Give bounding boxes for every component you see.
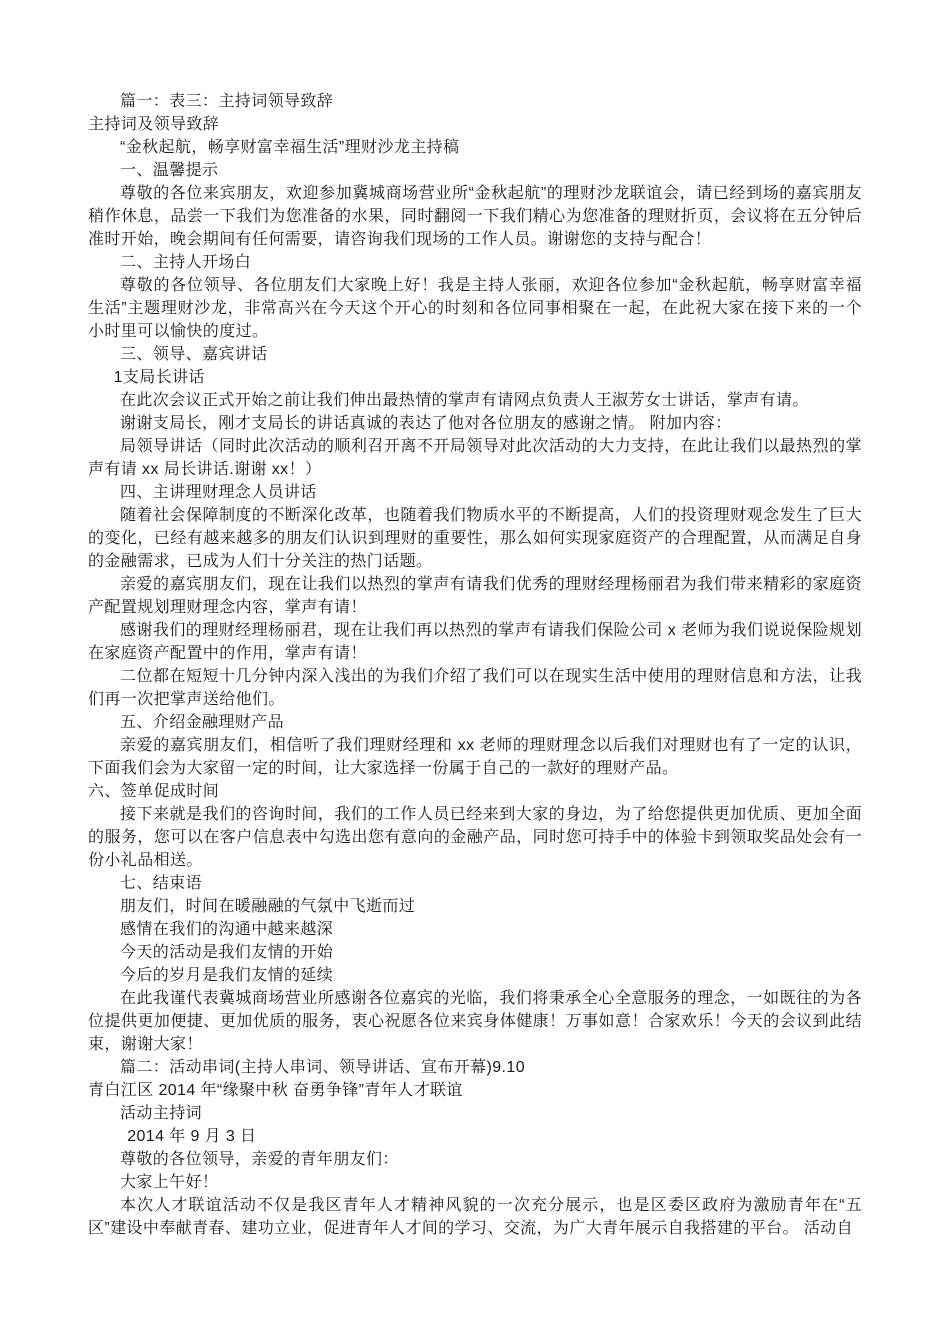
closing-line-3: 今天的活动是我们友情的开始 bbox=[88, 941, 862, 964]
section-4-body-3: 感谢我们的理财经理杨丽君，现在让我们再以热烈的掌声有请我们保险公司 x 老师为我… bbox=[88, 619, 862, 665]
closing-line-1: 朋友们，时间在暖融融的气氛中飞逝而过 bbox=[88, 895, 862, 918]
salon-title: “金秋起航，畅享财富幸福生活”理财沙龙主持稿 bbox=[88, 136, 862, 159]
section-3-body-2: 谢谢支局长，刚才支局长的讲话真诚的表达了他对各位朋友的感谢之情。 附加内容： bbox=[88, 412, 862, 435]
section-4-body-4: 二位都在短短十几分钟内深入浅出的为我们介绍了我们可以在现实生活中使用的理财信息和… bbox=[88, 665, 862, 711]
section-1-heading: 一、温馨提示 bbox=[88, 159, 862, 182]
section-7-heading: 七、结束语 bbox=[88, 872, 862, 895]
part2-subtitle: 活动主持词 bbox=[88, 1102, 862, 1125]
section-5-body: 亲爱的嘉宾朋友们，相信听了我们理财经理和 xx 老师的理财理念以后我们对理财也有… bbox=[88, 734, 862, 780]
section-3-heading: 三、领导、嘉宾讲话 bbox=[88, 343, 862, 366]
part2-greeting-1: 尊敬的各位领导，亲爱的青年朋友们： bbox=[88, 1148, 862, 1171]
section-3-subheading: 1支局长讲话 bbox=[88, 366, 862, 389]
section-3-body-3: 局领导讲话（同时此次活动的顺利召开离不开局领导对此次活动的大力支持，在此让我们以… bbox=[88, 435, 862, 481]
section-6-body: 接下来就是我们的咨询时间，我们的工作人员已经来到大家的身边，为了给您提供更加优质… bbox=[88, 803, 862, 872]
part2-heading: 篇二：活动串词(主持人串词、领导讲话、宣布开幕)9.10 bbox=[88, 1056, 862, 1079]
section-6-heading: 六、签单促成时间 bbox=[88, 780, 862, 803]
doc-title: 主持词及领导致辞 bbox=[88, 113, 862, 136]
part2-body: 本次人才联谊活动不仅是我区青年人才精神风貌的一次充分展示，也是区委区政府为激励青… bbox=[88, 1194, 862, 1240]
section-4-heading: 四、主讲理财理念人员讲话 bbox=[88, 481, 862, 504]
closing-body: 在此我谨代表冀城商场营业所感谢各位嘉宾的光临，我们将秉承全心全意服务的理念，一如… bbox=[88, 987, 862, 1056]
document-page: 篇一：表三：主持词领导致辞 主持词及领导致辞 “金秋起航，畅享财富幸福生活”理财… bbox=[0, 0, 950, 1344]
section-2-body: 尊敬的各位领导、各位朋友们大家晚上好！我是主持人张丽，欢迎各位参加“金秋起航，畅… bbox=[88, 274, 862, 343]
section-4-body-1: 随着社会保障制度的不断深化改革，也随着我们物质水平的不断提高，人们的投资理财观念… bbox=[88, 504, 862, 573]
closing-line-4: 今后的岁月是我们友情的延续 bbox=[88, 964, 862, 987]
section-1-body: 尊敬的各位来宾朋友，欢迎参加冀城商场营业所“金秋起航”的理财沙龙联谊会，请已经到… bbox=[88, 182, 862, 251]
part1-heading: 篇一：表三：主持词领导致辞 bbox=[88, 90, 862, 113]
part2-event-title: 青白江区 2014 年“缘聚中秋 奋勇争锋”青年人才联谊 bbox=[88, 1079, 862, 1102]
section-2-heading: 二、主持人开场白 bbox=[88, 251, 862, 274]
section-3-body-1: 在此次会议正式开始之前让我们伸出最热情的掌声有请网点负责人王淑芳女士讲话，掌声有… bbox=[88, 389, 862, 412]
section-4-body-2: 亲爱的嘉宾朋友们，现在让我们以热烈的掌声有请我们优秀的理财经理杨丽君为我们带来精… bbox=[88, 573, 862, 619]
part2-date: 2014 年 9 月 3 日 bbox=[88, 1125, 862, 1148]
section-5-heading: 五、介绍金融理财产品 bbox=[88, 711, 862, 734]
part2-greeting-2: 大家上午好！ bbox=[88, 1171, 862, 1194]
closing-line-2: 感情在我们的沟通中越来越深 bbox=[88, 918, 862, 941]
